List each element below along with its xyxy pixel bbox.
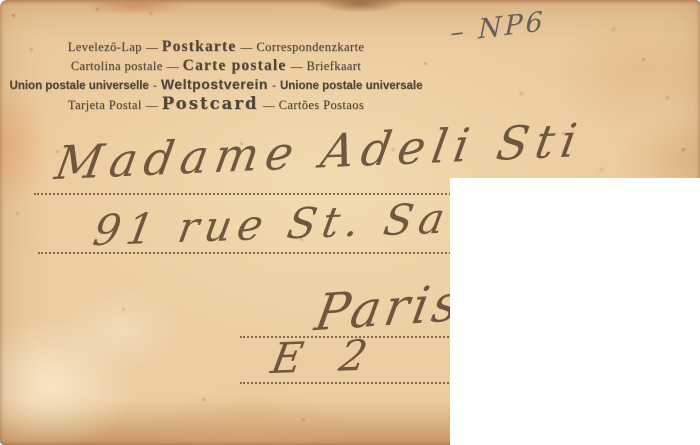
handwritten-address-extra: E 2 (268, 330, 383, 383)
separator-dash: — (142, 40, 162, 54)
postcard-header: Levelező-Lap—Postkarte—Correspondenzkart… (0, 37, 432, 113)
pencil-annotation: – NP6 (450, 6, 546, 49)
separator-dash: — (142, 98, 162, 112)
header-text-tarjeta: Tarjeta Postal (68, 98, 142, 112)
header-line-2: Cartolina postale—Carte postale—Briefkaa… (0, 56, 432, 75)
header-text-unione-postale: Unione postale universale (280, 80, 423, 92)
header-line-1: Levelező-Lap—Postkarte—Correspondenzkart… (0, 37, 432, 56)
separator-dash: — (259, 98, 279, 112)
header-text-cartolina: Cartolina postale (71, 59, 163, 73)
header-text-union-postale: Union postale universelle (10, 80, 149, 92)
foxing-spots (0, 0, 3, 3)
blank-masked-region (450, 178, 700, 445)
header-text-briefkaart: Briefkaart (307, 59, 362, 73)
postcard-back: Levelező-Lap—Postkarte—Correspondenzkart… (0, 0, 700, 445)
handwritten-address-street: 91 rue St. Sau (90, 192, 488, 255)
header-text-weltpostverein: Weltpostverein (161, 76, 268, 92)
separator-dash: — (236, 40, 256, 54)
separator-dash: — (287, 59, 307, 73)
header-text-postkarte: Postkarte (162, 38, 237, 55)
separator-dash: — (163, 59, 183, 73)
header-text-postcard: Postcard (162, 94, 259, 113)
separator-dash: - (268, 78, 280, 92)
header-line-3: Union postale universelle-Weltpostverein… (0, 75, 432, 94)
header-text-levelezo: Levelező-Lap (68, 40, 142, 54)
header-text-carte-postale: Carte postale (183, 57, 287, 74)
header-text-cartoes: Cartões Postaos (279, 98, 365, 112)
header-line-4: Tarjeta Postal—Postcard—Cartões Postaos (0, 94, 432, 113)
separator-dash: - (149, 78, 161, 92)
header-text-correspondenzkarte: Correspondenzkarte (256, 40, 364, 54)
